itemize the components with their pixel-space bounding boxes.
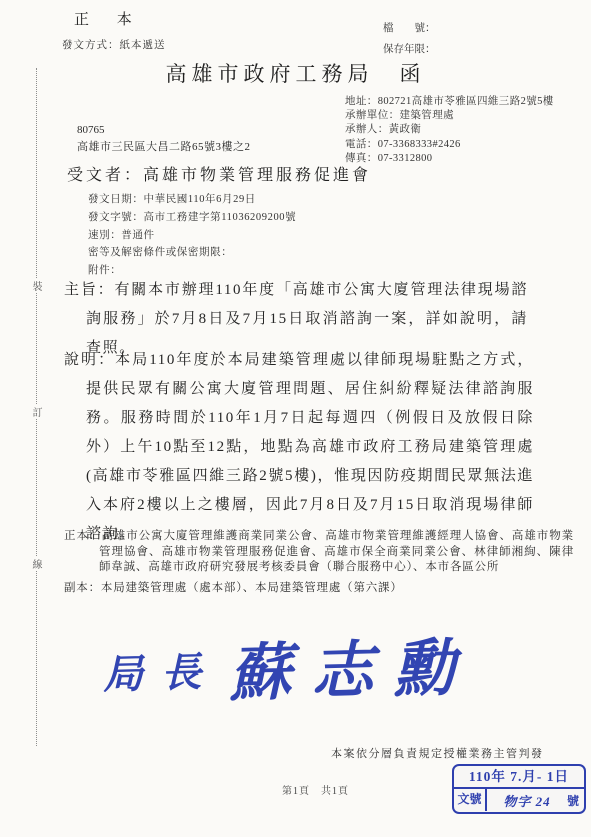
copy-recipients: 副本：本局建築管理處（處本部）、本局建築管理處（第六課） xyxy=(64,581,574,597)
speed-class: 速別：普通件 xyxy=(88,227,296,245)
stamp-suffix: 號 xyxy=(567,792,584,809)
binding-char-zhuang: 裝 xyxy=(32,278,43,293)
fax-number: 傳真：07-3312800 xyxy=(345,152,585,166)
recipient-address: 高雄市三民區大昌二路65號3樓之2 xyxy=(77,138,251,154)
stamp-doc-label: 文號 xyxy=(454,789,487,811)
original-list: 高雄市公寓大廈管理維護商業同業公會、高雄市物業管理維護經理人協會、高雄市物業管理… xyxy=(99,530,574,573)
subject-text: 有關本市辦理110年度「高雄市公寓大廈管理法律現場諮詢服務」於7月8日及7月15… xyxy=(86,282,528,356)
description-label: 說明： xyxy=(64,352,115,368)
binding-char-xian: 線 xyxy=(32,556,43,571)
distribution-block: 正本：高雄市公寓大廈管理維護商業同業公會、高雄市物業管理維護經理人協會、高雄市物… xyxy=(64,529,574,596)
recipient-line: 受文者：高雄市物業管理服務促進會 xyxy=(67,162,371,185)
delivery-method-label: 發文方式：紙本遞送 xyxy=(62,37,166,52)
stamp-doc-row: 文號 物字 24 號 xyxy=(454,789,584,811)
agency-contact-block: 地址：802721高雄市苓雅區四維三路2號5樓 承辦單位：建築管理處 承辦人：黃… xyxy=(345,95,585,166)
signature-name: 蘇志勳 xyxy=(228,635,476,709)
document-page: 裝 訂 線 正 本 發文方式：紙本遞送 檔 號： 保存年限： 高雄市政府工務局 … xyxy=(0,0,591,837)
stamp-doc-value: 物字 24 xyxy=(487,791,567,810)
received-date-stamp: 110年 7.月- 1日 文號 物字 24 號 xyxy=(452,764,586,814)
signature-title: 局長 xyxy=(103,649,220,697)
stamp-date: 110年 7.月- 1日 xyxy=(454,766,584,789)
handling-person: 承辦人：黃政衛 xyxy=(345,123,585,137)
original-label: 正本： xyxy=(64,530,101,542)
handling-unit: 承辦單位：建築管理處 xyxy=(345,109,585,123)
document-number: 發文字號：高市工務建字第11036209200號 xyxy=(88,209,296,227)
copy-type-label: 正 本 xyxy=(74,8,144,29)
description-paragraph: 說明：本局110年度於本局建築管理處以律師現場駐點之方式，提供民眾有關公寓大廈管… xyxy=(64,346,534,549)
phone-number: 電話：07-3368333#2426 xyxy=(345,138,585,152)
copy-list: 本局建築管理處（處本部）、本局建築管理處（第六課） xyxy=(101,582,403,594)
issue-date: 發文日期：中華民國110年6月29日 xyxy=(88,191,296,209)
director-signature: 局長 蘇志勳 xyxy=(102,617,504,716)
document-meta-block: 發文日期：中華民國110年6月29日 發文字號：高市工務建字第110362092… xyxy=(88,191,296,280)
recipient-zip: 80765 xyxy=(77,124,105,136)
document-title: 高雄市政府工務局 函 xyxy=(0,58,591,88)
copy-label: 副本： xyxy=(64,582,101,594)
retention-period-label: 保存年限： xyxy=(383,41,436,56)
authorization-note: 本案依分層負責規定授權業務主管判發 xyxy=(331,745,544,761)
description-text: 本局110年度於本局建築管理處以律師現場駐點之方式，提供民眾有關公寓大廈管理問題… xyxy=(86,352,534,542)
page-number: 第1頁 共1頁 xyxy=(282,782,349,797)
file-number-label: 檔 號： xyxy=(383,20,436,35)
subject-label: 主旨： xyxy=(64,282,114,298)
original-recipients: 正本：高雄市公寓大廈管理維護商業同業公會、高雄市物業管理維護經理人協會、高雄市物… xyxy=(64,529,574,576)
binding-dotted-line: 裝 訂 線 xyxy=(36,68,37,746)
agency-address: 地址：802721高雄市苓雅區四維三路2號5樓 xyxy=(345,95,585,109)
security-class: 密等及解密條件或保密期限： xyxy=(88,244,296,262)
binding-char-ding: 訂 xyxy=(32,404,43,419)
